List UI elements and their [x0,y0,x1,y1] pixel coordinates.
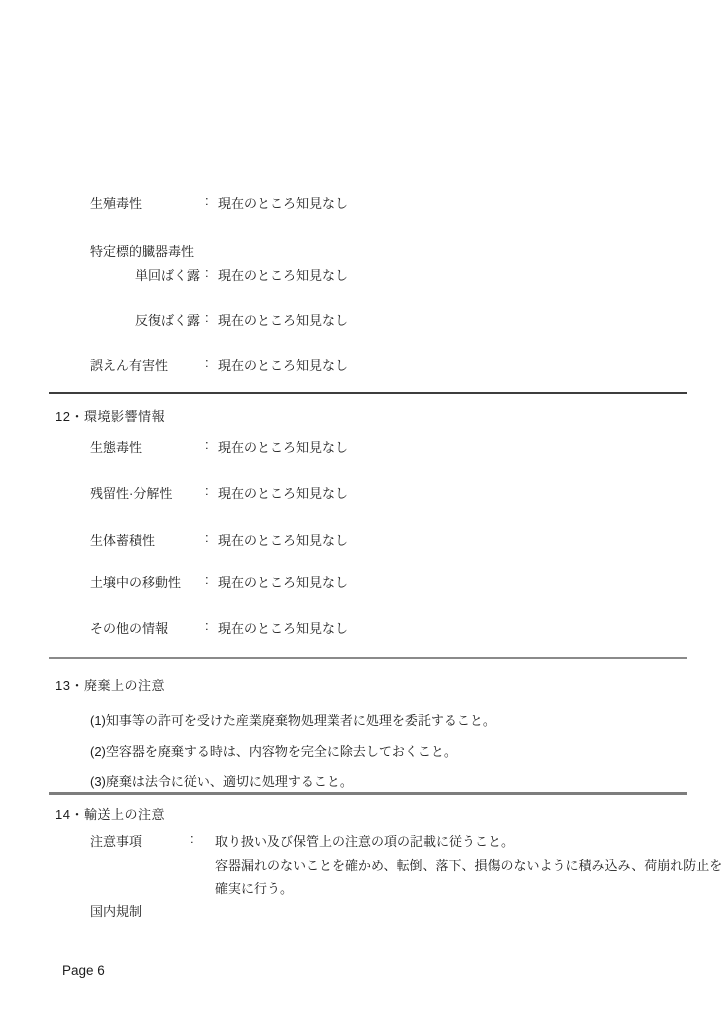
row-label: 反復ばく露 [135,310,200,329]
sds-document-page: 生殖毒性 : 現在のところ知見なし 特定標的臓器毒性 単回ばく露 : 現在のとこ… [0,0,723,1024]
row-label: その他の情報 [90,618,168,637]
row-value: 現在のところ知見なし [218,310,348,329]
row-value: 現在のところ知見なし [218,437,348,456]
row-value: 現在のところ知見なし [218,483,348,502]
group-title: 特定標的臓器毒性 [90,241,194,260]
row-colon: : [205,530,209,545]
tox-row-single-exposure: 単回ばく露 : 現在のところ知見なし [0,265,723,282]
row-label: 生殖毒性 [90,193,142,212]
row-colon: : [205,193,209,208]
row-colon: : [205,483,209,498]
section-divider [49,392,687,394]
section-divider [49,657,687,659]
domestic-regulation-label: 国内規制 [90,901,142,920]
transport-precautions-line3: 確実に行う。 [215,878,293,897]
transport-precautions-line2: 容器漏れのないことを確かめ、転倒、落下、損傷のないように積み込み、荷崩れ防止を [215,855,722,874]
tox-row-aspiration: 誤えん有害性 : 現在のところ知見なし [0,355,723,372]
row-value: 現在のところ知見なし [218,572,348,591]
row-value: 現在のところ知見なし [218,355,348,374]
row-colon: : [190,831,194,846]
row-value: 現在のところ知見なし [218,193,348,212]
row-label: 注意事項 [90,831,142,850]
env-row-other-info: その他の情報 : 現在のところ知見なし [0,618,723,635]
row-label: 土壌中の移動性 [90,572,181,591]
row-colon: : [205,265,209,280]
row-colon: : [205,355,209,370]
row-label: 生体蓄積性 [90,530,155,549]
env-row-bioaccumulation: 生体蓄積性 : 現在のところ知見なし [0,530,723,547]
env-row-persistence-degradability: 残留性·分解性 : 現在のところ知見なし [0,483,723,500]
tox-group-title-stot: 特定標的臓器毒性 [0,241,723,258]
row-value: 現在のところ知見なし [218,265,348,284]
disposal-item-3: (3)廃棄は法令に従い、適切に処理すること。 [90,771,353,790]
row-colon: : [205,618,209,633]
row-colon: : [205,437,209,452]
disposal-item-2: (2)空容器を廃棄する時は、内容物を完全に除去しておくこと。 [90,741,457,760]
row-value: 現在のところ知見なし [218,618,348,637]
section-heading-14: 14・輸送上の注意 [55,804,165,823]
row-colon: : [205,572,209,587]
section-heading-13: 13・廃棄上の注意 [55,675,165,694]
page-number-footer: Page 6 [62,963,105,978]
disposal-item-1: (1)知事等の許可を受けた産業廃棄物処理業者に処理を委託すること。 [90,710,496,729]
row-value: 取り扱い及び保管上の注意の項の記載に従うこと。 [215,831,514,850]
env-row-soil-mobility: 土壌中の移動性 : 現在のところ知見なし [0,572,723,589]
section-divider [49,792,687,795]
row-colon: : [205,310,209,325]
row-label: 誤えん有害性 [90,355,168,374]
row-label: 残留性·分解性 [90,483,172,502]
row-label: 単回ばく露 [135,265,200,284]
row-label: 生態毒性 [90,437,142,456]
tox-row-repeated-exposure: 反復ばく露 : 現在のところ知見なし [0,310,723,327]
env-row-ecotoxicity: 生態毒性 : 現在のところ知見なし [0,437,723,454]
transport-row-precautions: 注意事項 : 取り扱い及び保管上の注意の項の記載に従うこと。 [0,831,723,848]
row-value: 現在のところ知見なし [218,530,348,549]
tox-row-reproductive: 生殖毒性 : 現在のところ知見なし [0,193,723,210]
section-heading-12: 12・環境影響情報 [55,406,165,425]
